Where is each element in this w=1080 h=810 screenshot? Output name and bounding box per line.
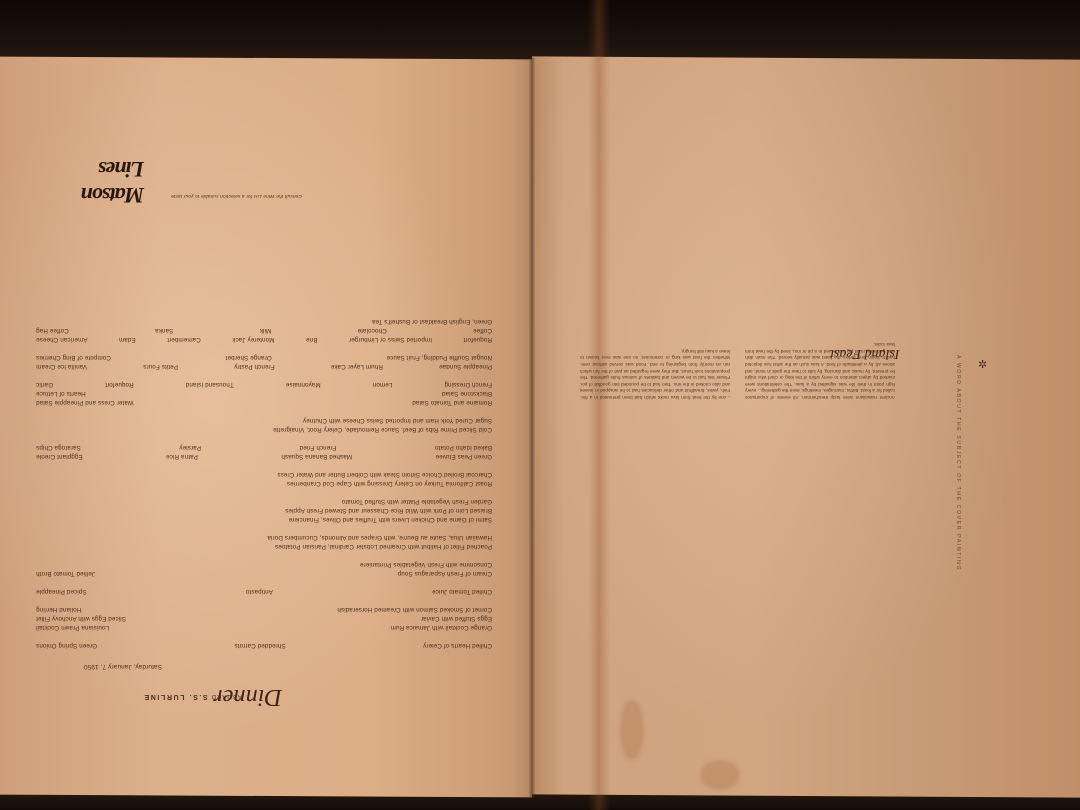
menu-line: Green, English Breakfast or Bushell's Te… [36,317,492,326]
menu-item: Poached Fillet of Halibut with Creamed L… [275,542,492,551]
menu-item: Romaine and Tomato Salad [412,398,492,407]
menu-item: Imported Swiss or Limburger [349,335,432,344]
menu-line: Sugar Cured York Ham and Imported Swiss … [36,416,492,425]
menu-item: Coffee Hag [36,326,69,335]
menu-item: Baked Idaho Potato [435,443,492,452]
menu-item: Pineapple Sundae [439,362,492,371]
matson-lines-signature: Matson Lines [36,156,144,208]
menu-line: Braised Loin of Pork with Wild Rice Chas… [36,506,492,515]
menu-item: Blackstone Salad [442,389,492,398]
menu-course: Cream of Fresh Asparagus SoupJellied Tom… [36,560,492,578]
menu-row: Pineapple SundaeRhum Layer CakeFrench Pa… [36,362,492,371]
menu-item: Eggplant Creole [36,452,83,461]
menu-course: Poached Fillet of Halibut with Creamed L… [36,533,492,551]
ship-name: S.S. LURLINE [143,693,208,700]
menu-item: Coffee [473,326,492,335]
menu-item: Mayonnaise [286,380,321,389]
menu-course: Cold Sliced Prime Ribs of Beef, Sauce Re… [36,416,492,434]
menu-item: Edam [119,335,136,344]
menu-item: Consomme with Fresh Vegetables Printanie… [360,560,492,569]
menu-item: Sugar Cured York Ham and Imported Swiss … [303,416,492,425]
menu-row: Green Peas EtuveeMashed Banana SquashPat… [36,452,492,461]
menu-item: Garlic [36,380,53,389]
menu-course: Romaine and Tomato SaladWater Cress and … [36,380,492,407]
menu-page-right [532,56,1080,797]
menu-line: Eggs Stuffed with CaviarSliced Eggs with… [36,614,492,623]
menu-item: French Pastry [234,362,274,371]
menu-line: Poached Fillet of Halibut with Creamed L… [36,542,492,551]
menu-item: Saratoga Chips [36,443,81,452]
menu-item: Green, English Breakfast or Bushell's Te… [372,317,492,326]
menu-item: Vanilla Ice Cream [36,362,87,371]
menu-item: Roquefort [463,335,492,344]
menu-item: Cold Sliced Prime Ribs of Beef, Sauce Re… [273,425,492,434]
menu-course: RoquefortImported Swiss or LimburgerBrie… [36,317,492,344]
menu-row: French DressingLemonMayonnaiseThousand I… [36,380,492,389]
essay-column-1: Ancient Hawaiians were lusty trenchermen… [745,341,895,400]
menu-line: Cornet of Smoked Salmon with Creamed Hor… [36,605,492,614]
menu-row: Romaine and Tomato SaladWater Cress and … [36,398,492,407]
menu-course: Roast California Turkey on Celery Dressi… [36,470,492,488]
menu-item: Green Peas Etuvee [435,452,492,461]
menu-line: Roast California Turkey on Celery Dressi… [36,479,492,488]
menu-line: Salmi of Game and Chicken Livers with Tr… [36,515,492,524]
menu-item: American Cheese [36,335,87,344]
menu-item: Orange Cocktail with Jamaica Rum [391,623,492,632]
menu-item: Antipasto [246,587,273,596]
menu-item: Patna Rice [166,452,198,461]
vertical-caption: A WORD ABOUT THE SUBJECT OF THE COVER PA… [955,355,961,615]
menu-item: Lemon [373,380,393,389]
menu-item: Water Cress and Pineapple Salad [36,398,134,407]
menu-header: Dinner ABOARDS.S. LURLINE [36,676,492,710]
menu-item: Roquefort [105,380,134,389]
dark-background-top [0,0,1080,62]
menu-row: Chilled Tomato JuiceAntipastoSpiced Pine… [36,587,492,596]
menu-item: Roast California Turkey on Celery Dressi… [287,479,492,488]
menu-item: Chilled Tomato Juice [432,587,492,596]
stain-spot [620,700,644,760]
menu-item: Eggs Stuffed with Caviar [421,614,492,623]
menu-item: Brie [306,335,318,344]
stain-spot [700,760,740,790]
menu-item: Charcoal Broiled Choice Sirloin Steak wi… [277,470,492,479]
menu-row: Chilled Hearts of CeleryShredded Carrots… [36,641,492,650]
menu-item: Thousand Island [186,380,234,389]
wine-note: Consult the Wine List for a selection su… [171,193,302,198]
menu-row: CoffeeChocolateMilkSankaCoffee Hag [36,326,492,335]
menu-item: Chocolate [357,326,386,335]
menu-item: Compote of Bing Cherries [36,353,111,362]
water-stain [588,0,610,810]
menu-item: Braised Loin of Pork with Wild Rice Chas… [285,506,492,515]
menu-item: Salmi of Game and Chicken Livers with Tr… [288,515,492,524]
menu-course: Chilled Hearts of CeleryShredded Carrots… [36,641,492,650]
menu-item: French Fried [300,443,337,452]
menu-item: Monterey Jack [232,335,274,344]
asterisk-ornament-icon: ✲ [978,358,987,371]
menu-item: Parsley [179,443,201,452]
menu-line: Hawaiian Ulua, Saute au Beurre, with Gra… [36,533,492,542]
menu-line: Cold Sliced Prime Ribs of Beef, Sauce Re… [36,425,492,434]
menu-item: Camembert [167,335,201,344]
menu-item: Rhum Layer Cake [331,362,383,371]
menu-item: Sanka [155,326,173,335]
menu-item: Holland Herring [36,605,81,614]
menu-item: Mashed Banana Squash [281,452,352,461]
menu-course: Orange Cocktail with Jamaica RumLouisian… [36,605,492,632]
menu-line: Consomme with Fresh Vegetables Printanie… [36,560,492,569]
menu-item: Orange Sherbet [226,353,272,362]
dinner-menu: Dinner ABOARDS.S. LURLINE Saturday, Janu… [36,150,492,710]
menu-item: Cornet of Smoked Salmon with Creamed Hor… [337,605,492,614]
menu-date: Saturday, January 7, 1950 [84,663,162,670]
menu-item: Hearts of Lettuce [36,389,86,398]
menu-item: Petits Fours [143,362,178,371]
menu-course: Green Peas EtuveeMashed Banana SquashPat… [36,443,492,461]
menu-course: Pineapple SundaeRhum Layer CakeFrench Pa… [36,353,492,371]
menu-item: Spiced Pineapple [36,587,87,596]
menu-item: Nougat Souffle Pudding, Fruit Sauce [386,353,492,362]
menu-item: Chilled Hearts of Celery [423,641,492,650]
menu-item: Hawaiian Ulua, Saute au Beurre, with Gra… [267,533,492,542]
menu-item: Jellied Tomato Broth [36,569,95,578]
menu-course: Salmi of Game and Chicken Livers with Tr… [36,497,492,524]
menu-item: Garden Fresh Vegetable Platter with Stuf… [342,497,492,506]
menu-item: Milk [260,326,272,335]
menu-item: Louisiana Prawn Cocktail [36,623,109,632]
menu-line: Orange Cocktail with Jamaica RumLouisian… [36,623,492,632]
menu-row: Cream of Fresh Asparagus SoupJellied Tom… [36,569,492,578]
menu-item: Sliced Eggs with Anchovy Fillet [36,614,126,623]
menu-item: Shredded Carrots [234,641,285,650]
menu-line: Garden Fresh Vegetable Platter with Stuf… [36,497,492,506]
menu-aboard: ABOARDS.S. LURLINE [143,693,242,700]
menu-row: RoquefortImported Swiss or LimburgerBrie… [36,335,492,344]
menu-item: French Dressing [444,380,492,389]
menu-item: Cream of Fresh Asparagus Soup [398,569,492,578]
menu-course: Chilled Tomato JuiceAntipastoSpiced Pine… [36,587,492,596]
essay-column-2: ...one by the heat from lava rocks which… [580,347,730,400]
menu-item: Green Spring Onions [36,641,97,650]
menu-row: Nougat Souffle Pudding, Fruit SauceOrang… [36,353,492,362]
center-fold [529,58,535,798]
menu-row: Baked Idaho PotatoFrench FriedParsleySar… [36,443,492,452]
menu-line: Charcoal Broiled Choice Sirloin Steak wi… [36,470,492,479]
menu-row: Blackstone SaladHearts of Lettuce [36,389,492,398]
essay-text: Ancient Hawaiians were lusty trenchermen… [575,200,895,400]
